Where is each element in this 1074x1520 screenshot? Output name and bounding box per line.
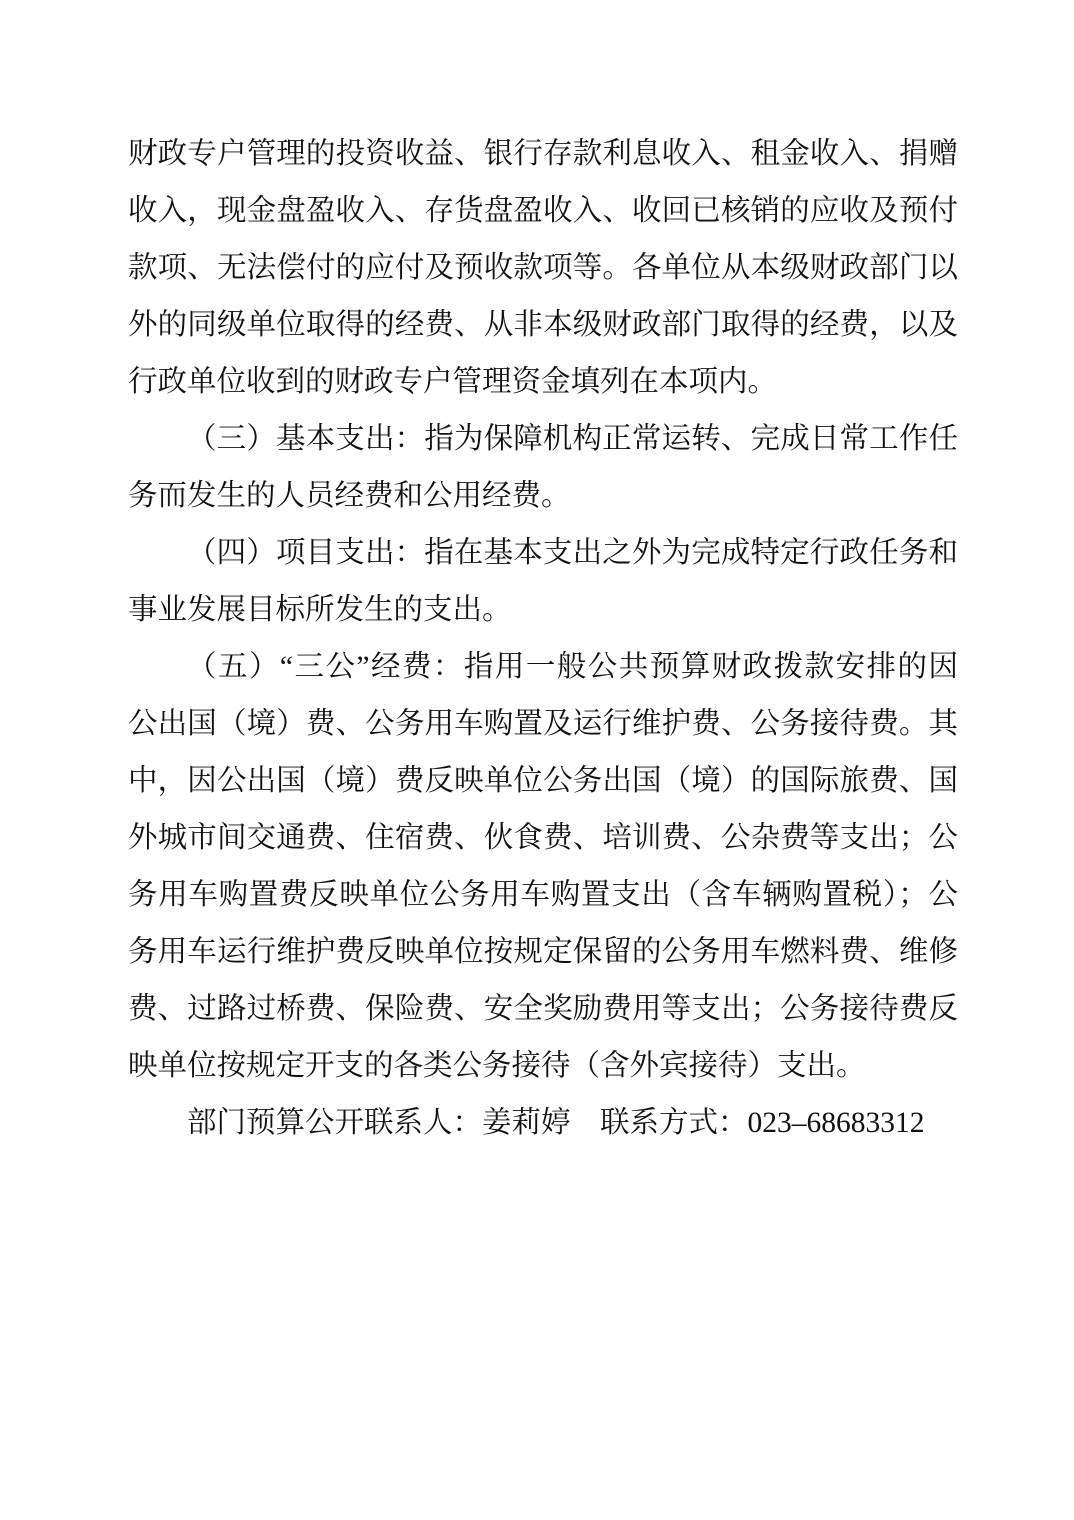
text-line: 外城市间交通费、住宿费、伙食费、培训费、公杂费等支出；公	[128, 810, 958, 867]
text-line: 映单位按规定开支的各类公务接待（含外宾接待）支出。	[128, 1038, 958, 1095]
text-line: 务用车运行维护费反映单位按规定保留的公务用车燃料费、维修	[128, 924, 958, 981]
text-line: 外的同级单位取得的经费、从非本级财政部门取得的经费，以及	[128, 297, 958, 354]
text-line: 中，因公出国（境）费反映单位公务出国（境）的国际旅费、国	[128, 753, 958, 810]
text-line: 财政专户管理的投资收益、银行存款利息收入、租金收入、捐赠	[128, 126, 958, 183]
text-line: 公出国（境）费、公务用车购置及运行维护费、公务接待费。其	[128, 696, 958, 753]
text-line: 收入，现金盘盈收入、存货盘盈收入、收回已核销的应收及预付	[128, 183, 958, 240]
text-line: 费、过路过桥费、保险费、安全奖励费用等支出；公务接待费反	[128, 981, 958, 1038]
text-line: （五）“三公”经费：指用一般公共预算财政拨款安排的因	[128, 639, 958, 696]
text-line: 务用车购置费反映单位公务用车购置支出（含车辆购置税）；公	[128, 867, 958, 924]
text-line: 务而发生的人员经费和公用经费。	[128, 468, 958, 525]
document-page: 财政专户管理的投资收益、银行存款利息收入、租金收入、捐赠收入，现金盘盈收入、存货…	[0, 0, 1074, 1520]
text-line: （三）基本支出：指为保障机构正常运转、完成日常工作任	[128, 411, 958, 468]
text-line: （四）项目支出：指在基本支出之外为完成特定行政任务和	[128, 525, 958, 582]
document-text: 财政专户管理的投资收益、银行存款利息收入、租金收入、捐赠收入，现金盘盈收入、存货…	[128, 126, 958, 1152]
text-line: 部门预算公开联系人：姜莉婷 联系方式：023–68683312	[128, 1095, 958, 1152]
text-line: 事业发展目标所发生的支出。	[128, 582, 958, 639]
text-line: 行政单位收到的财政专户管理资金填列在本项内。	[128, 354, 958, 411]
text-line: 款项、无法偿付的应付及预收款项等。各单位从本级财政部门以	[128, 240, 958, 297]
